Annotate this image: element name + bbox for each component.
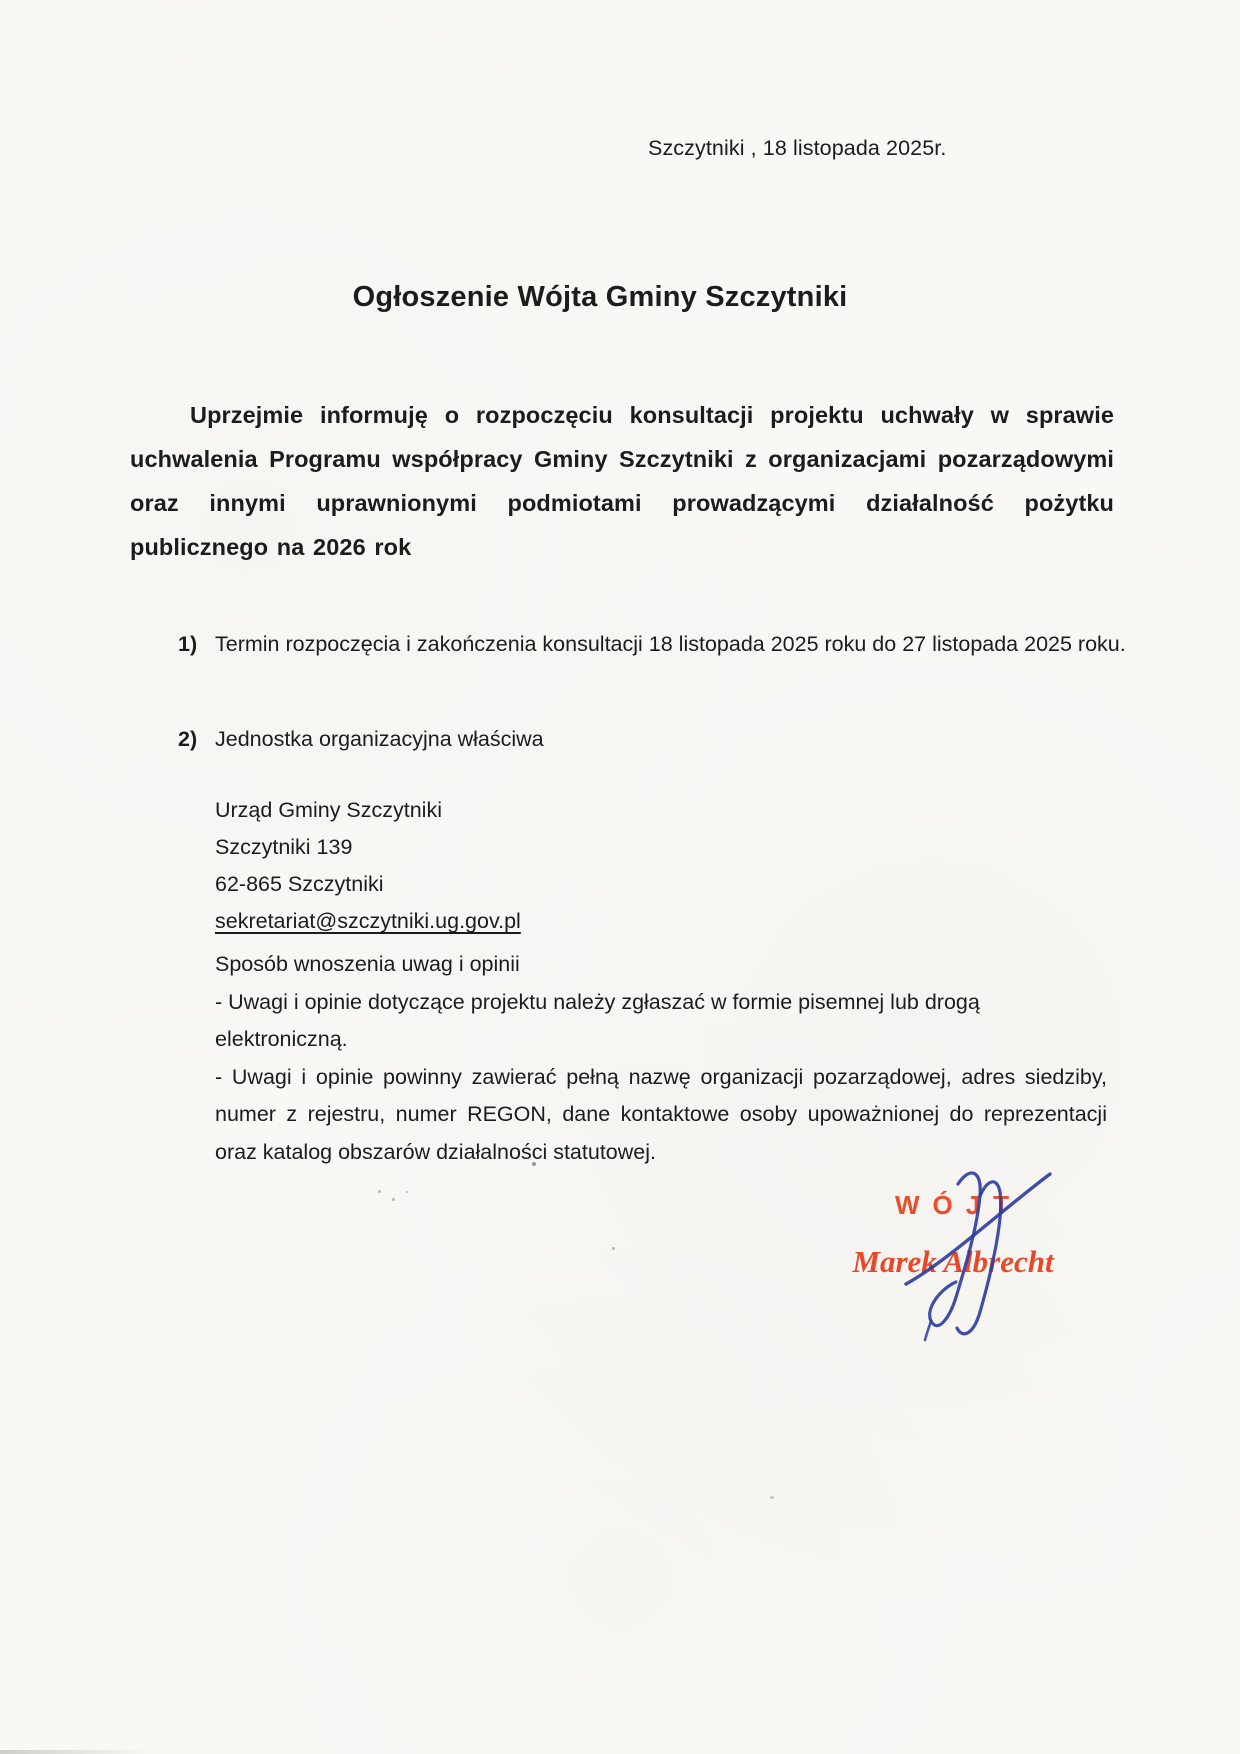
- list-item-1: 1) Termin rozpoczęcia i zakończenia kons…: [178, 628, 1118, 660]
- intro-paragraph: Uprzejmie informuję o rozpoczęciu konsul…: [130, 393, 1114, 569]
- document-title: Ogłoszenie Wójta Gminy Szczytniki: [0, 281, 1200, 314]
- email-address: sekretariat@szczytniki.ug.gov.pl: [215, 903, 521, 940]
- address-street: Szczytniki 139: [215, 829, 521, 866]
- list-item-2-text: Jednostka organizacyjna właściwa: [215, 723, 544, 755]
- methods-point-2: - Uwagi i opinie powinny zawierać pełną …: [215, 1059, 1107, 1172]
- address-block: Urząd Gminy Szczytniki Szczytniki 139 62…: [215, 792, 521, 940]
- scan-speck: [378, 1190, 381, 1193]
- address-postal: 62-865 Szczytniki: [215, 866, 521, 903]
- methods-point-1: - Uwagi i opinie dotyczące projektu nale…: [215, 984, 1107, 1059]
- scan-speck: [770, 1496, 774, 1499]
- list-item-1-number: 1): [178, 628, 215, 660]
- scan-speck: [532, 1162, 536, 1166]
- dateline: Szczytniki , 18 listopada 2025r.: [648, 136, 946, 161]
- methods-section: Sposób wnoszenia uwag i opinii - Uwagi i…: [215, 946, 1107, 1171]
- handwritten-signature: [898, 1162, 1062, 1346]
- address-office-name: Urząd Gminy Szczytniki: [215, 792, 521, 829]
- scanned-document-page: Szczytniki , 18 listopada 2025r. Ogłosze…: [0, 0, 1240, 1754]
- list-item-2-number: 2): [178, 723, 215, 755]
- scan-speck: [612, 1247, 615, 1250]
- list-item-1-text: Termin rozpoczęcia i zakończenia konsult…: [215, 628, 1126, 660]
- methods-heading: Sposób wnoszenia uwag i opinii: [215, 946, 1107, 984]
- scan-speck: [392, 1198, 395, 1201]
- scan-edge-shadow: [0, 1750, 150, 1754]
- list-item-2: 2) Jednostka organizacyjna właściwa: [178, 723, 1118, 755]
- scan-speck: [406, 1191, 408, 1193]
